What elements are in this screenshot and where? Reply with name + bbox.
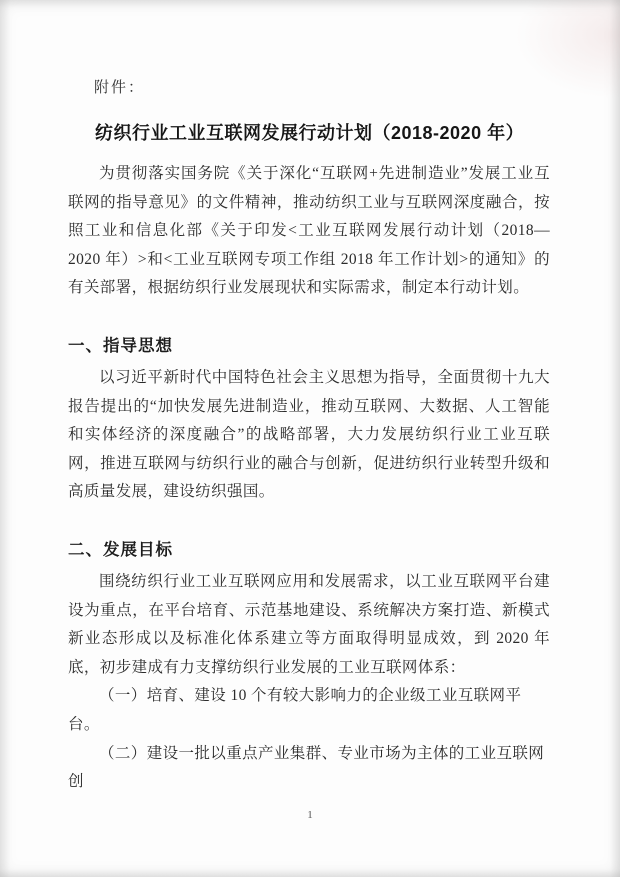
section-1-paragraph: 以习近平新时代中国特色社会主义思想为指导，全面贯彻十九大报告提出的“加快发展先进… <box>68 364 550 507</box>
document-title: 纺织行业工业互联网发展行动计划（2018-2020 年） <box>95 119 550 145</box>
section-1-heading: 一、指导思想 <box>68 333 550 359</box>
section-2-heading: 二、发展目标 <box>68 537 550 563</box>
goal-item-1: （一）培育、建设 10 个有较大影响力的企业级工业互联网平台。 <box>68 682 550 739</box>
intro-paragraph: 为贯彻落实国务院《关于深化“互联网+先进制造业”发展工业互联网的指导意见》的文件… <box>68 160 550 303</box>
document-page: 附件： 纺织行业工业互联网发展行动计划（2018-2020 年） 为贯彻落实国务… <box>0 0 620 877</box>
section-2-paragraph: 围绕纺织行业工业互联网应用和发展需求，以工业互联网平台建设为重点，在平台培育、示… <box>68 568 550 682</box>
page-number: 1 <box>0 809 620 821</box>
goal-item-2: （二）建设一批以重点产业集群、专业市场为主体的工业互联网创 <box>68 740 550 797</box>
attachment-label: 附件： <box>94 0 550 97</box>
document-content: 附件： 纺织行业工业互联网发展行动计划（2018-2020 年） 为贯彻落实国务… <box>0 0 620 797</box>
